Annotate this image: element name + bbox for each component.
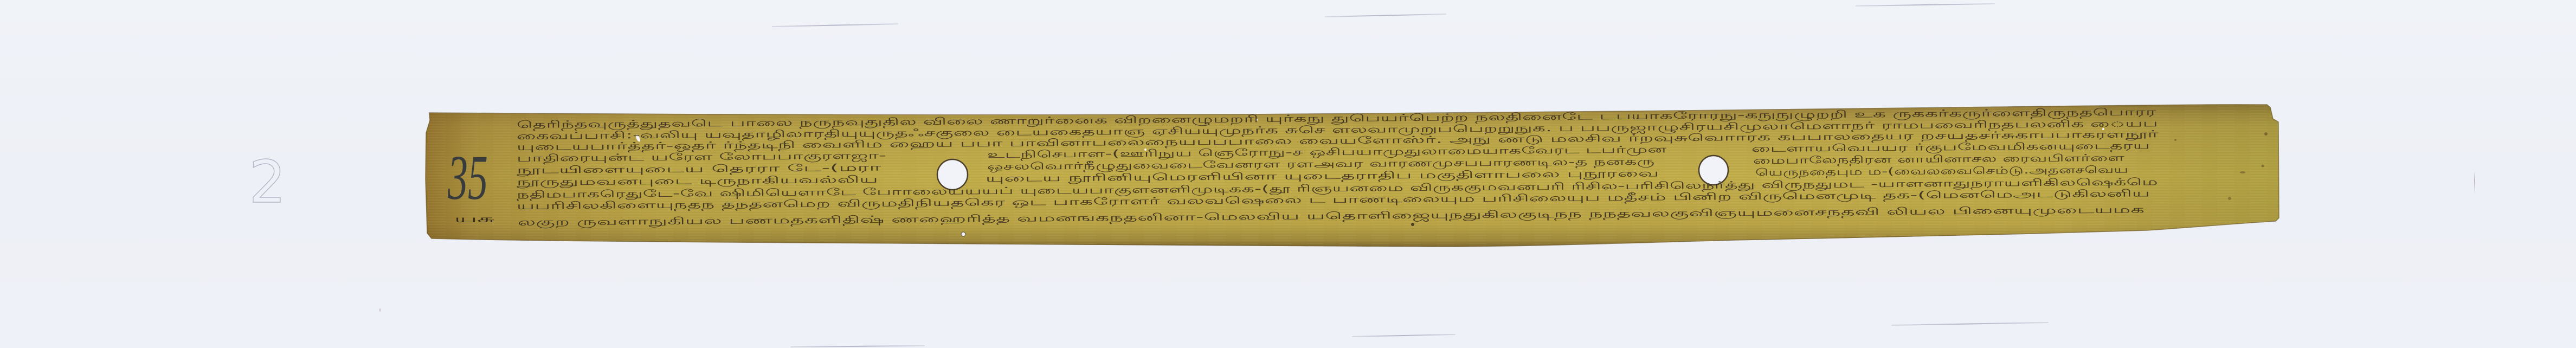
stain-spot [1411,223,1414,226]
damage-speck [961,232,965,236]
stain-spot [2228,197,2231,200]
photo-canvas: 2 [0,0,2576,348]
stain-spot [2262,165,2264,167]
stain-spot [2174,139,2176,141]
stain-spot [2264,132,2268,136]
stain-spot [2240,171,2245,173]
folio-margin-note: யசு [454,214,495,225]
folio-number: 35 [448,146,488,210]
